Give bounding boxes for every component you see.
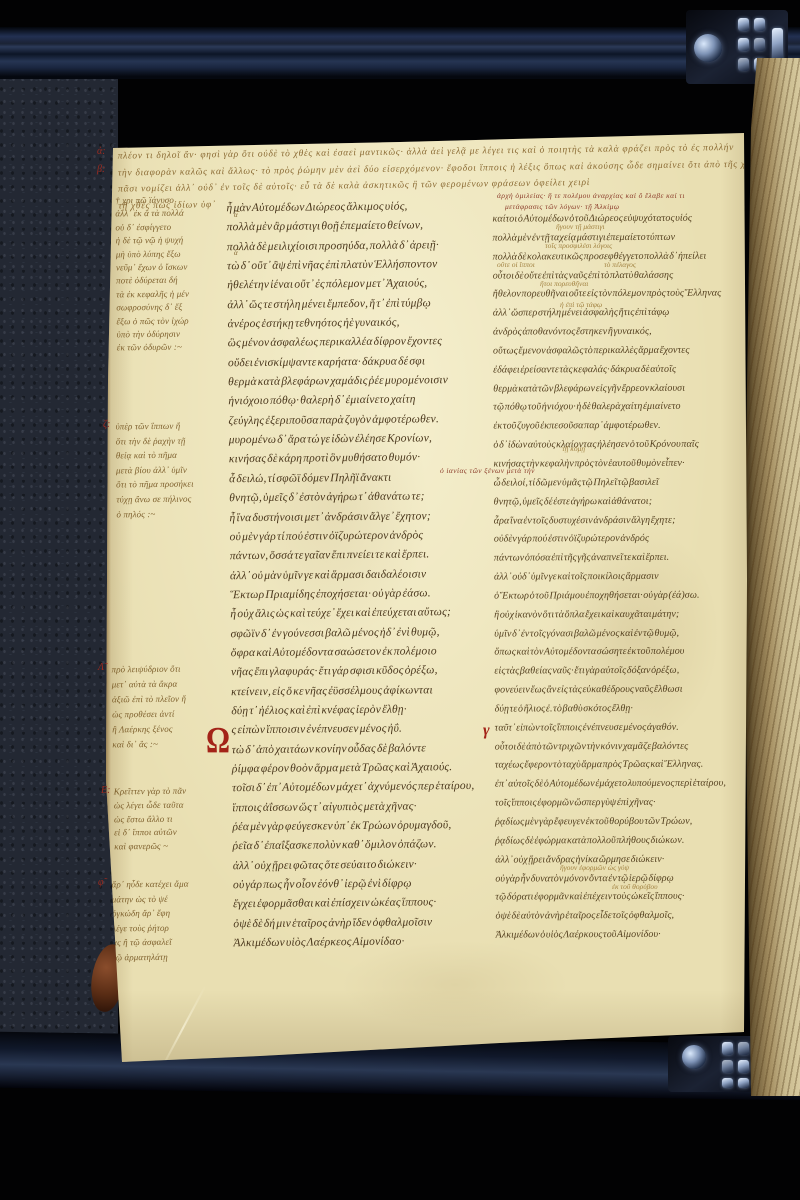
background-felt-cloth xyxy=(0,74,118,1074)
verse-line: ἦ ἵνα δυστήνοισι μετ᾽ ἀνδράσιν ἄλγε᾽ ἔχη… xyxy=(229,506,487,528)
scholia-line: νεῦμ᾽ ἔχων ὁ ἴσκων xyxy=(116,261,189,275)
screw-icon xyxy=(738,38,749,51)
book-fore-edge-leaves xyxy=(744,58,800,1096)
left-margin-scholia-block-4: Κρεῖττεν γὰρ τὸ πᾶνὡς λέγει ὧδε ταῦταὡς … xyxy=(114,785,187,855)
rubric-gamma: γ xyxy=(483,722,490,740)
scholia-line: ἡ δὲ τῷ νῷ ἡ ψυχή xyxy=(116,234,189,248)
paraphrase-line: ῥᾳδίως μὲν γὰρ ἔφευγεν ἐκ τοῦ θορύβου τῶ… xyxy=(495,812,751,832)
scholia-line: λέγε τοὺς ῥήτορ xyxy=(112,920,189,935)
paraphrase-line: εἰς τὰς βαθείας ναῦς· ἔτι γὰρ αὐτοῖς δόξ… xyxy=(494,662,750,682)
verse-line: ἀλλ᾽ οὐχ ᾕρει φῶτας ὅτε σεύαιτο διώκειν· xyxy=(233,854,491,876)
verse-line: θνητῷ, ὑμεῖς δ᾽ ἐστὸν ἀγήρω τ᾽ ἀθανάτω τ… xyxy=(229,487,487,509)
scholia-line: ὡς λέγει ὧδε ταῦτα xyxy=(114,798,187,813)
scholia-line: ας ἢ τῷ ἀσφαλεῖ xyxy=(112,935,189,950)
siglum-epsilon: Ε: xyxy=(101,785,110,796)
scholia-line: μὴ ὑπὸ λύπης ἔξω xyxy=(116,247,189,261)
verse-line: τὼ δ᾽ οὔτ᾽ ἂψ ἐπὶ νῆας ἐπὶ πλατὺν Ἑλλήσπ… xyxy=(227,255,485,277)
verse-line: μυρομένω δ᾽ ἄρα τώ γε ἰδὼν ἐλέησε Κρονίω… xyxy=(229,429,487,451)
paraphrase-line: οὕτως ἔμενον ἀσφαλῶς τὸ περικαλλὲς ἅρμα … xyxy=(493,341,749,361)
verse-line: θερμὰ κατὰ βλεφάρων χαμάδις ῥέε μυρομένο… xyxy=(228,371,486,393)
paraphrase-line: ἢ οὐχ ἱκανὸν ὅτι τὰ ὅπλα ἔχει καὶ καυχᾶτ… xyxy=(494,605,750,625)
main-text-column-right-paraphrase: καίτοι ὁ Αὐτομέδων ὁ τοῦ Διώρεος εὐψυχότ… xyxy=(492,209,751,945)
interlinear-gloss: ἡ ἐπὶ τῷ τάφῳ xyxy=(560,300,602,309)
paraphrase-line: ῥᾳδίως δὲ ἐφώρμα κατὰ πολλοῦ πλήθους διώ… xyxy=(495,831,751,851)
interlinear-gloss: τῇ κόμῃ xyxy=(562,444,585,453)
paraphrase-line: πάντων ὁπόσα ἐπὶ τῆς γῆς ἀναπνεῖ τε καὶ … xyxy=(494,549,750,569)
scholia-line: οὐ δ᾽ ἐσφίγγετο xyxy=(115,220,188,234)
screw-icon xyxy=(722,1078,733,1088)
screw-icon xyxy=(738,1042,749,1055)
paraphrase-line: δύῃ τε ὁ ἥλιος ἐ. τὸ βαθὺ σκότος ἔλθῃ· xyxy=(495,699,751,719)
verse-line: τοῖσι δ᾽ ἐπ᾽ Αὐτομέδων μάχετ᾽ ἀχνύμενός … xyxy=(232,777,490,799)
verse-line: νῆας ἔπι γλαφυράς· ἔτι γάρ σφισι κῦδος ὀ… xyxy=(231,661,489,683)
siglum-alpha: ἀ: xyxy=(97,146,106,157)
scholia-line: ὑπὸ τὴν ὀδύρησιν xyxy=(117,328,190,342)
paraphrase-line: ὀψὲ δὲ αὐτὸν ἀνὴρ ἑταῖρος εἶδε τοῖς ὀφθα… xyxy=(495,907,751,927)
paraphrase-line: ὅπως καὶ τὸν Αὐτομέδοντα σώσητε ἐκ τοῦ π… xyxy=(494,643,750,663)
left-margin-scholia-block-1: † χρι πῶ ϊάνυσοἀλλ᾽ ἐκ ἃ τὰ πολλάοὐ δ᾽ ἐ… xyxy=(115,194,190,356)
interlinear-gloss: οὔτε οἱ ἵπποι xyxy=(497,260,535,269)
parchment-stain xyxy=(340,940,570,1030)
verse-line: ῥίμφα φέρον θοὸν ἅρμα μετὰ Τρῶας καὶ Ἀχα… xyxy=(232,758,490,780)
scholia-line: εἰ δ᾽ ἵπποι αὐτῶν xyxy=(114,826,187,841)
verse-line: κτείνειν, εἰς ὅ κε νῆας ἐϋσσέλμους ἀφίκω… xyxy=(231,680,489,702)
scholia-line: ὡς προθέσει ἀντί xyxy=(112,707,186,723)
verse-line: ῥεῖα δ᾽ ἐπαΐξασκε πολὺν καθ᾽ ὅμιλον ὀπάζ… xyxy=(233,835,491,857)
scholia-line: ὀγκώδη ἄρ᾽ ἔφη xyxy=(112,906,189,921)
screw-icon xyxy=(738,18,749,31)
interlinear-gloss: τοῖς προσφιλέσι λόγοις xyxy=(545,241,612,250)
verse-line: ζεύγλης ἐξεριποῦσα παρὰ ζυγὸν ἀμφοτέρωθε… xyxy=(228,410,486,432)
left-margin-scholia-block-3: πρὸ λειψύδριον ὅτιμετ᾽ αὐτὰ τὰ ἄκραἀξιῶ … xyxy=(112,662,187,753)
interlinear-gloss: ἤτοι πορευθῆναι xyxy=(540,279,588,288)
scholia-line: ἐκ τῶν ὀδυρῶν :~ xyxy=(117,341,190,355)
verse-line: πολλὰ μὲν ἂρ μάστιγι θοῇ ἐπεμαίετο θείνω… xyxy=(227,216,485,238)
verse-line: ἀνέρος ἑστήκῃ τεθνηότος ἠὲ γυναικός, xyxy=(227,313,485,335)
scholia-line: Κρεῖττεν γὰρ τὸ πᾶν xyxy=(114,785,187,800)
interlinear-gloss: ἤγουν ἐφορμῶν ὡς γύψ xyxy=(560,863,629,872)
scholia-line: καὶ δι᾽ ἃς :~ xyxy=(112,737,186,753)
scholia-line: ἀξιῶ ἐπὶ τὸ πλεῖον ἤ xyxy=(112,692,186,708)
paraphrase-line: πολλὰ μὲν ἐν τῇ ταχείᾳ μάστιγι ἐπεμαίετο… xyxy=(492,228,748,248)
paraphrase-line: οὐδὲν γάρ πού ἐστιν ὀϊζυρώτερον ἀνδρός xyxy=(494,530,750,550)
siglum-lambda: Λ̃ xyxy=(98,662,104,673)
interlinear-gloss: ἐκ τοῦ θορύβου xyxy=(612,882,658,891)
paraphrase-line: ὦ δειλοί, τί δῶμεν ὑμᾶς τῷ Πηλεῖ τῷ βασι… xyxy=(494,473,750,493)
scholia-line: πρὸ λειψύδριον ὅτι xyxy=(112,662,186,678)
scholia-line: ἄρ᾽ ηὖδε κατέχει ἅμα xyxy=(112,877,189,892)
paraphrase-line: ἆρα ἵνα ἐν τοῖς δυστυχέσιν ἀνδράσιν ἄλγη… xyxy=(494,511,750,531)
screw-icon xyxy=(738,1060,749,1073)
screw-icon xyxy=(738,1078,749,1088)
scanner-rail-top xyxy=(0,27,800,79)
verse-line: ἵπποις ἀΐσσων ὥς τ᾽ αἰγυπιὸς μετὰ χῆνας· xyxy=(232,796,490,818)
paraphrase-line: φονεύειν ἕως ἂν εἰς τὰς εὐκαθέδρους ναῦς… xyxy=(494,681,750,701)
verse-line: σφῶϊν δ᾽ ἐν γούνεσσι βαλῶ μένος ἠδ᾽ ἐνὶ … xyxy=(230,622,488,644)
verse-line: ἠθελέτην ἰέναι οὔτ᾽ ἐς πόλεμον μετ᾽ Ἀχαι… xyxy=(227,274,485,296)
header-rubric-2: μετάφρασις τῶν λόγων· τῇ Ἀλκίμῳ xyxy=(505,202,620,211)
paraphrase-line: ὁ δ᾽ ἰδὼν αὐτοὺς κλαίοντας ἠλέησεν ὁ τοῦ… xyxy=(493,436,749,456)
paraphrase-line: θερμὰ κατὰ τῶν βλεφάρων εἰς γῆν ἔρρεον κ… xyxy=(493,379,749,399)
paraphrase-line: ταχέως ἔφερον τὸ ταχὺ ἅρμα πρὸς Τρῶας κα… xyxy=(495,756,751,776)
scholia-line: ὅτι τὸ πῆμα προσήκει xyxy=(116,477,194,492)
paraphrase-line: ἀλλ᾽ ὥσπερ στήλη μένει ἀσφαλὴς ἥτις ἐπὶ … xyxy=(493,304,749,324)
paraphrase-line: ὁ Ἕκτωρ ὁ τοῦ Πριάμου ἐποχηθήσεται· οὐ γ… xyxy=(494,586,750,606)
manuscript-photograph: πλέον τι δηλοῖ ἄν· φησὶ γὰρ ὅτι οὐδὲ τὸ … xyxy=(0,0,800,1200)
verse-line: Ἕκτωρ Πριαμίδης ἐποχήσεται· οὐ γὰρ ἐάσω. xyxy=(230,584,488,606)
paraphrase-line: ὑμῖν δ᾽ ἐν τοῖς γόνασι βαλῶ μένος καὶ ἐν… xyxy=(494,624,750,644)
header-rubric-1: ἀρχὴ ὁμιλείας· ἥ τε πολέμου ἀναρχίας καὶ… xyxy=(497,191,685,200)
siglum-zeta: ζ: xyxy=(103,419,110,430)
verse-line: ὄφρα καὶ Αὐτομέδοντα σαώσετον ἐκ πολέμοι… xyxy=(231,642,489,664)
verse-line: πολλὰ δὲ μειλιχίοισι προσηύδα, πολλὰ δ᾽ … xyxy=(227,235,485,257)
verse-line: ἀλλ᾽ ὥς τε στήλη μένει ἔμπεδον, ἥ τ᾽ ἐπὶ… xyxy=(227,293,485,315)
screw-icon xyxy=(694,34,722,62)
paraphrase-line: ἀλλ᾽ οὐδ᾽ ὑμῖν γε καὶ τοῖς ποικίλοις ἅρμ… xyxy=(494,567,750,587)
rubric-initial-omega: Ω xyxy=(206,722,230,760)
screw-icon xyxy=(682,1045,706,1069)
interlinear-gloss: ἤγουν τῇ μάστιγι xyxy=(556,222,605,231)
verse-line: ς εἰπὼν ἵπποισιν ἐνέπνευσεν μένος ἠΰ. xyxy=(231,719,489,741)
verse-line: πάντων, ὅσσά τε γαῖαν ἔπι πνείει τε καὶ … xyxy=(230,545,488,567)
interlinear-gloss: τὸ πέλαγος xyxy=(604,260,636,269)
verse-line: τὼ δ᾽ ἀπὸ χαιτάων κονίην οὖδας δὲ βαλόντ… xyxy=(232,738,490,760)
verse-line: ἔγχει ἐφορμᾶσθαι καὶ ἐπίσχειν ὠκέας ἵππο… xyxy=(233,893,491,915)
scholia-line: † χρι πῶ ϊάνυσο xyxy=(115,194,188,208)
paraphrase-line: θνητῷ, ὑμεῖς δέ ἐστε ἀγήρω καὶ ἀθάνατοι; xyxy=(494,492,750,512)
verse-line: ἦ οὐχ ἅλις ὡς καὶ τεύχε᾽ ἔχει καὶ ἐπεύχε… xyxy=(230,603,488,625)
manuscript-parchment-page: πλέον τι δηλοῖ ἄν· φησὶ γὰρ ὅτι οὐδὲ τὸ … xyxy=(100,80,760,1080)
scholia-line: ἢ Λαέρκης ξένος xyxy=(112,722,186,738)
verse-line: ἦ μὰν Αὐτομέδων Διώρεος ἄλκιμος υἱός, xyxy=(226,197,484,219)
verse-line: οὔδει ἐνισκίμψαντε καρήατα· δάκρυα δέ σφ… xyxy=(228,352,486,374)
verse-line: Ἀλκιμέδων υἱὸς Λαέρκεος Αἱμονίδαο· xyxy=(233,932,491,954)
paraphrase-line: ἀνδρὸς ἀποθανόντος ἕστηκεν ἢ γυναικός, xyxy=(493,323,749,343)
screw-icon xyxy=(754,38,765,51)
screw-icon xyxy=(754,18,765,31)
parchment-crease xyxy=(160,985,207,1071)
verse-line: ἀλλ᾽ οὐ μὰν ὑμῖν γε καὶ ἅρμασι δαιδαλέοι… xyxy=(230,564,488,586)
screw-icon xyxy=(738,58,749,71)
verse-line: οὐ γάρ πως ἦν οἶον ἐόνθ᾽ ἱερῷ ἐνὶ δίφρῳ xyxy=(233,874,491,896)
verse-line: ὣς μένον ἀσφαλέως περικαλλέα δίφρον ἔχον… xyxy=(228,332,486,354)
scholia-line: ἀλλ᾽ ἐκ ἃ τὰ πολλά xyxy=(115,207,188,221)
paraphrase-line: ἐπ᾽ αὐτοῖς δὲ ὁ Αὐτομέδων ἐμάχετο λυπούμ… xyxy=(495,775,751,795)
left-margin-scholia-block-2: ὑπὲρ τῶν ἵππων ἤὅτι τὴν δὲ ῥαχὴν τῇθείᾳ … xyxy=(115,419,194,522)
superscript-mark: α̅ xyxy=(234,211,238,219)
siglum-beta: β: xyxy=(97,164,105,175)
main-text-column-left-iliad: ἦ μὰν Αὐτομέδων Διώρεος ἄλκιμος υἱός,πολ… xyxy=(226,197,491,954)
paraphrase-line: καίτοι ὁ Αὐτομέδων ὁ τοῦ Διώρεος εὐψυχότ… xyxy=(492,209,748,229)
paraphrase-line: ἐδάφει ἐρείσαντε τὰς κεφαλάς· δάκρυα δὲ … xyxy=(493,360,749,380)
scholia-line: ὑπὲρ τῶν ἵππων ἤ xyxy=(115,419,193,434)
clamp-bar xyxy=(772,28,783,62)
paraphrase-line: ταῦτ᾽ εἰπὼν τοῖς ἵπποις ἐνέπνευσε μένος … xyxy=(495,718,751,738)
scholia-line: ὅτι τὴν δὲ ῥαχὴν τῇ xyxy=(116,433,194,448)
verse-line: δύῃ τ᾽ ἠέλιος καὶ ἐπὶ κνέφας ἱερὸν ἔλθῃ· xyxy=(231,700,489,722)
scholia-line: μετ᾽ αὐτὰ τὰ ἄκρα xyxy=(112,677,186,693)
verse-line: ῥέα μὲν γὰρ φεύγεσκεν ὑπ᾽ ἐκ Τρώων ὀρυμα… xyxy=(232,816,490,838)
screw-icon xyxy=(722,1042,733,1055)
scholia-line: τῷ ἁρματηλάτῃ xyxy=(112,950,189,965)
paraphrase-line: οὗτοι δὲ ἀπὸ τῶν τριχῶν τὴν κόνιν χαμᾶζε… xyxy=(495,737,751,757)
scholia-line: ἔξω ὁ πῶς τὸν ἰχώρ xyxy=(116,314,189,328)
screw-icon xyxy=(722,1060,733,1073)
scholia-line: ποτὲ ὀδύρεται δή xyxy=(116,274,189,288)
paraphrase-line: τοῖς ἵπποις ἐφορμῶν ὥσπερ γὺψ ἐπὶ χῆνας· xyxy=(495,794,751,814)
scholia-line: μάτην ὡς τὸ ψέ xyxy=(112,891,189,906)
left-margin-scholia-block-5: ἄρ᾽ ηὖδε κατέχει ἅμαμάτην ὡς τὸ ψέὀγκώδη… xyxy=(112,877,190,965)
gutter-rubric-note: ὁ ἰανίας τῶν ξένων μετὰ τήν xyxy=(440,466,535,475)
paraphrase-line: τῷ πόθῳ τοῦ ἡνιόχου· ἡ δὲ θαλερὰ χαίτη ἐ… xyxy=(493,398,749,418)
verse-line: οὐ μὲν γάρ τί πού ἐστιν ὀϊζυρώτερον ἀνδρ… xyxy=(230,526,488,548)
superscript-mark: α̅ xyxy=(234,249,238,257)
scholia-line: θείᾳ καὶ τὸ πῆμα xyxy=(116,448,194,463)
verse-line: ἡνιόχοιο πόθῳ· θαλερὴ δ᾽ ἐμιαίνετο χαίτη xyxy=(228,390,486,412)
scholia-line: τύχῃ ἄνω σε πήλινος xyxy=(116,492,194,507)
scholia-line: καὶ φανερῶς ~ xyxy=(114,840,187,855)
paraphrase-line: ἤθελον πορευθῆναι οὔτε εἰς τὸν πόλεμον π… xyxy=(493,285,749,305)
scholia-line: ὡς ἔστω ἄλλο τι xyxy=(114,812,187,827)
scholia-line: ὁ πηλός :~ xyxy=(116,506,194,521)
siglum-phi: φ̃ xyxy=(98,877,104,888)
paraphrase-line: Ἀλκιμέδων ὁ υἱὸς Λαέρκους τοῦ Αἱμονίδου· xyxy=(496,926,752,946)
scholia-line: σωφροσύνης δ᾽ ἕξ xyxy=(116,301,189,315)
paraphrase-line: ἐκ τοῦ ζυγοῦ ἐκπεσοῦσα παρ᾽ ἀμφοτέρωθεν. xyxy=(493,417,749,437)
verse-line: ὀψὲ δὲ δή μιν ἑταῖρος ἀνὴρ ἴδεν ὀφθαλμοῖ… xyxy=(233,912,491,934)
scholia-line: μετὰ βίου ἀλλ᾽ ὑμῖν xyxy=(116,462,194,477)
scholia-line: τὰ ἐκ κεφαλῆς ἡ μέν xyxy=(116,287,189,301)
